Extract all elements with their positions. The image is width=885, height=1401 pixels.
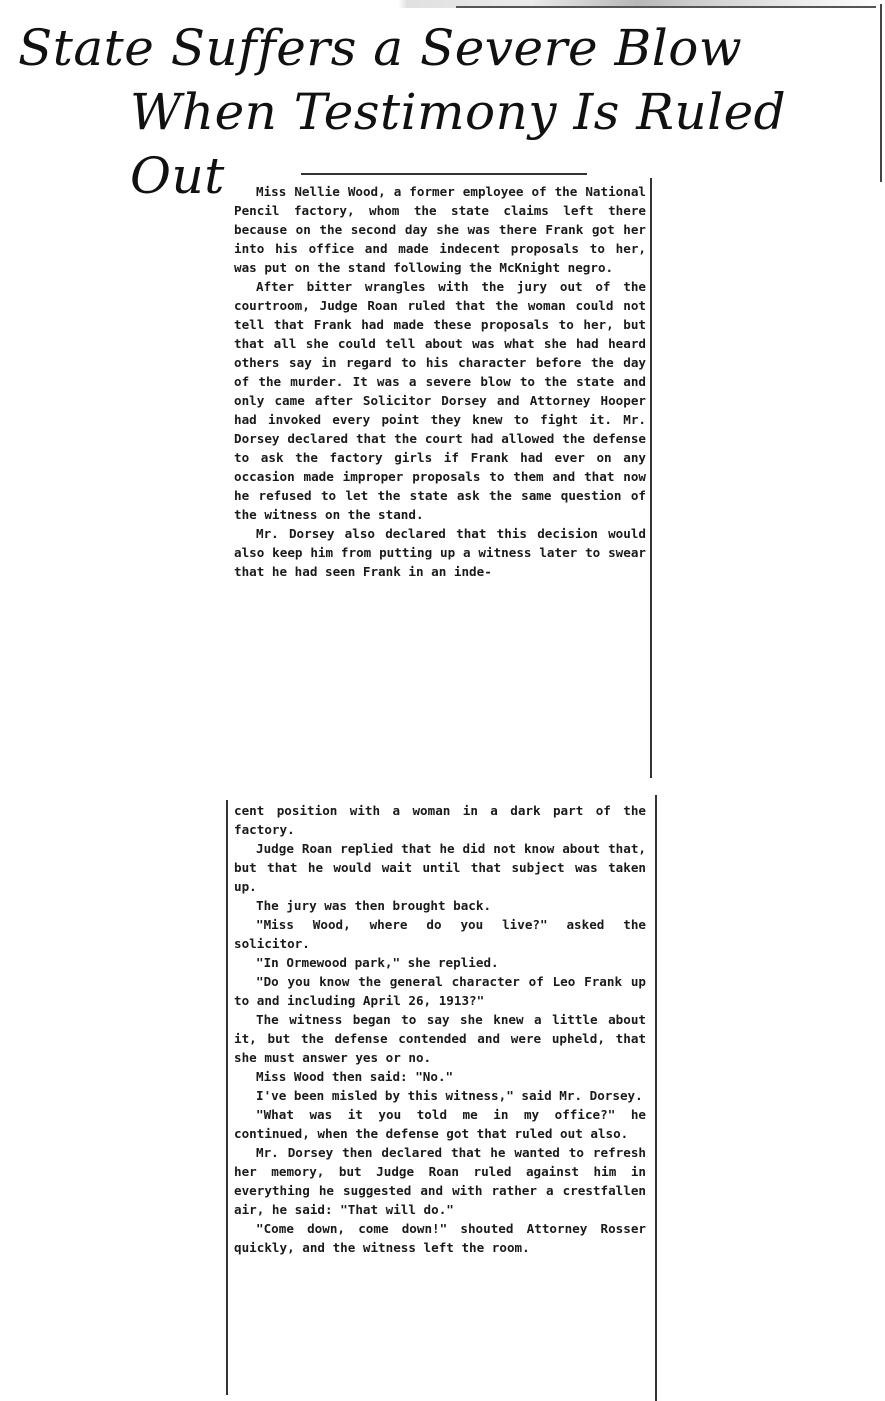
column-border-right [880, 4, 882, 182]
paragraph: The jury was then brought back. [234, 896, 646, 915]
headline-rule [301, 173, 587, 175]
paragraph: "What was it you told me in my office?" … [234, 1105, 646, 1143]
paragraph: After bitter wrangles with the jury out … [234, 277, 646, 524]
column-rule [655, 795, 657, 1401]
paragraph: "Do you know the general character of Le… [234, 972, 646, 1010]
paragraph: Mr. Dorsey then declared that he wanted … [234, 1143, 646, 1219]
paragraph-continuation: cent position with a woman in a dark par… [234, 801, 646, 839]
headline: State Suffers a Severe Blow When Testimo… [18, 16, 878, 208]
paragraph: The witness began to say she knew a litt… [234, 1010, 646, 1067]
paragraph: Miss Nellie Wood, a former employee of t… [234, 182, 646, 277]
top-rule [456, 6, 876, 8]
paragraph: Mr. Dorsey also declared that this decis… [234, 524, 646, 581]
column-rule [226, 800, 228, 1395]
article-column-1: Miss Nellie Wood, a former employee of t… [234, 182, 646, 581]
paragraph: "Come down, come down!" shouted Attorney… [234, 1219, 646, 1257]
column-rule [650, 178, 652, 778]
paragraph: "Miss Wood, where do you live?" asked th… [234, 915, 646, 953]
headline-line-1: State Suffers a Severe Blow [18, 16, 878, 80]
paragraph: I've been misled by this witness," said … [234, 1086, 646, 1105]
paragraph: Judge Roan replied that he did not know … [234, 839, 646, 896]
paragraph: Miss Wood then said: "No." [234, 1067, 646, 1086]
paragraph: "In Ormewood park," she replied. [234, 953, 646, 972]
article-column-2: cent position with a woman in a dark par… [234, 801, 646, 1257]
